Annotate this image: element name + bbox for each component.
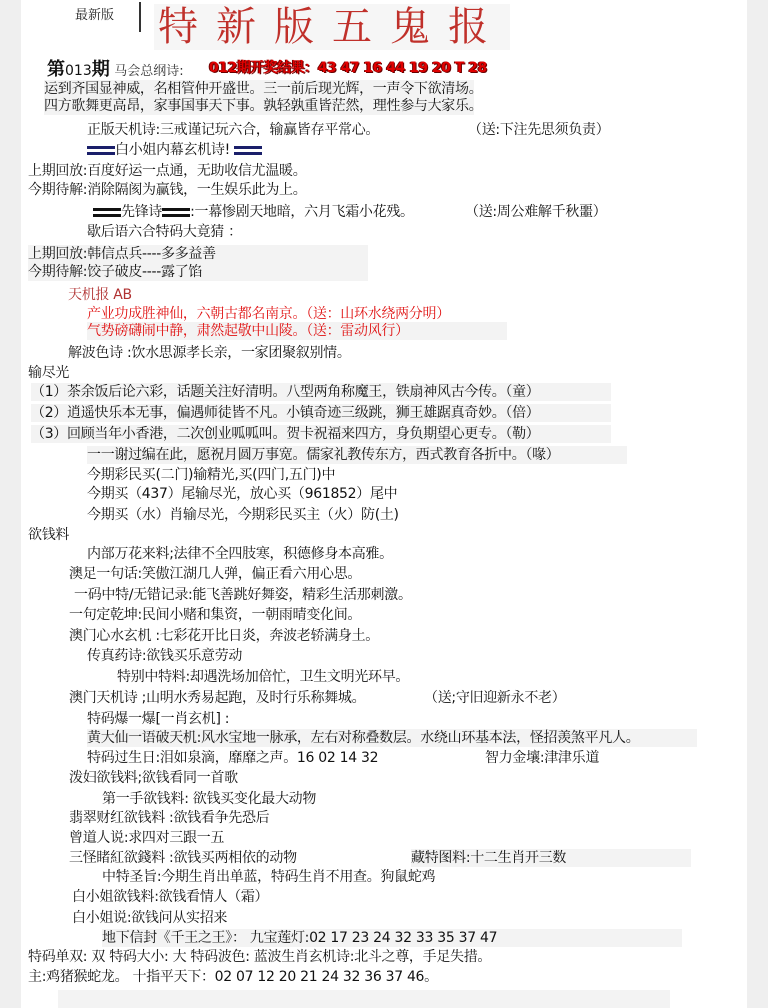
yq-text: :七彩花开比日炎，奔波老轿满身土。	[151, 628, 379, 644]
zhengban-gift: （送:下注先思须负责）	[468, 121, 609, 139]
yq-row-8: 特码爆一爆[一肖玄机] :	[87, 710, 229, 728]
double-bar-icon	[234, 146, 262, 155]
shujinguang-thanks: 一一谢过编在此，愿祝月圆万事宽。儒家礼教传东方，西式教育各折中。（喙）	[87, 446, 627, 464]
yq-text: :欲钱看争先恐后	[165, 810, 269, 826]
xiehouyu-title: 歇后语六合特码大竟猜 ：	[87, 223, 242, 241]
jiebose-text: 饮水思源孝长亲，一家团聚叙别情。	[131, 345, 350, 361]
yq-label: 黄大仙一语破天机	[87, 730, 197, 746]
yq-label: 地下信封《千王之王》	[102, 930, 232, 946]
last-draw-result: 012期开奖结果：43 47 16 44 19 20 T 28	[209, 57, 487, 77]
yq-label: 翡翠财红欲钱料	[69, 810, 165, 826]
yq-text: : 欲钱买变化最大动物	[184, 791, 316, 807]
yq-row-1: 澳足一句话:笑傲江湖几人弹，偏正看六用心思。	[69, 565, 361, 583]
yq-row-2: 一码中特/无错记录:能飞善跳好舞姿，精彩生活那刺激。	[74, 586, 412, 604]
yuqianliao-title: 欲钱料	[28, 526, 69, 544]
yq-row-4: 澳门心水玄机 :七彩花开比日炎，奔波老轿满身土。	[69, 627, 379, 645]
double-bar-icon	[162, 208, 190, 217]
issue-prefix: 第	[47, 59, 65, 80]
yq-row-17: 白小姐欲钱料:欲钱看情人（霜）	[72, 888, 268, 906]
review-last: 上期回放:百度好运一点通，无助收信尤温暖。	[28, 162, 306, 180]
jiebose-label: 解波色诗 :	[68, 345, 131, 361]
edition-label: 最新版	[75, 4, 114, 23]
xiehouyu-last-label: 上期回放:	[28, 246, 87, 262]
yq-extra-label: 藏特图料	[411, 850, 466, 866]
zhengban-label: 正版天机诗:	[87, 122, 160, 138]
bai-xiaojie-title: 白小姐内幕玄机诗!	[115, 142, 230, 158]
yq-row-14: 曾道人说:求四对三跟一五	[69, 829, 224, 847]
yq-row-18: 白小姐说:欲钱问从实招来	[72, 909, 227, 927]
yq-row-3: 一句定乾坤:民间小赌和集资，一朝雨晴变化间。	[69, 606, 361, 624]
yq-row-5: 传真药诗:欲钱买乐意劳动	[87, 647, 242, 665]
yq-label: 泼妇欲钱料	[69, 770, 138, 786]
yq-label: 特码过生日	[87, 750, 156, 766]
yq-text: :欲钱看情人（霜）	[154, 889, 268, 905]
yq-row-15: 三怪睹紅欲錢料 :欲钱买两相依的动物	[69, 849, 297, 867]
xianfeng-poem: 先锋诗:一幕惨剧天地暗，六月飞霜小花残。	[93, 203, 414, 221]
yq-label: 第一手欲钱料	[102, 791, 184, 807]
xiehouyu-now-label: 今期待解:	[28, 264, 87, 280]
yq-row-15-extra: 藏特图料:十二生肖开三数	[411, 849, 691, 867]
xiehouyu-last-text: 韩信点兵----多多益善	[87, 246, 216, 262]
footer-shade	[58, 990, 670, 1008]
yq-row-6: 特别中特料:却遇洗场加倍忙，卫生文明光环早。	[117, 668, 409, 686]
yq-text: :却遇洗场加倍忙，卫生文明光环早。	[186, 669, 410, 685]
yq-text: :笑傲江湖几人弹，偏正看六用心思。	[138, 566, 362, 582]
yq-label: 内部万花来料	[87, 546, 169, 562]
yq-label: 澳门心水玄机	[69, 628, 151, 644]
yq-row-10: 特码过生日:泪如泉滴，靡靡之声。16 02 14 32	[87, 749, 378, 767]
yq-text: :欲钱问从实招来	[127, 910, 227, 926]
page-title: 特新版五鬼报	[154, 4, 510, 50]
review-now-label: 今期待解:	[28, 182, 87, 198]
xiehouyu-now-text: 饺子破皮----露了馅	[87, 264, 202, 280]
shujinguang-item-2: （2）逍遥快乐本无事，偏遇师徒皆不凡。小镇奇迹三级跳，狮王雄踞真奇妙。（倍）	[31, 404, 611, 422]
yq-row-7: 澳门天机诗 ;山明水秀易起跑，及时行乐称舞城。	[69, 689, 365, 707]
yq-text: :能飞善跳好舞姿，精彩生活那刺激。	[188, 587, 412, 603]
yq-text: :泪如泉滴，靡靡之声。16 02 14 32	[156, 750, 379, 766]
yq-row-0: 内部万花来料;法律不全四肢寒，积德修身本高雅。	[87, 545, 393, 563]
review-now: 今期待解:消除隔阂为赢钱，一生娱乐此为上。	[28, 181, 306, 199]
footer-line-2: 主:鸡猪猴蛇龙。 十指平天下：02 07 12 20 21 24 32 36 3…	[28, 968, 438, 986]
tianjibao-line-1: 产业功成胜神仙，六朝古都名南京。（送：山环水绕两分明）	[87, 305, 450, 323]
newspaper-page: 最新版 特新版五鬼报 第013期 马会总纲诗: 012期开奖结果：43 47 1…	[21, 0, 747, 1008]
yq-text: :风水宝地一脉承，左右对称叠数层。水绕山环基本法，怪招羡煞平凡人。	[197, 730, 640, 746]
yq-row-12: 第一手欲钱料: 欲钱买变化最大动物	[102, 790, 316, 808]
yq-row-7-gift: （送;守旧迎新永不老）	[424, 689, 565, 707]
yq-label: 传真药诗	[87, 648, 142, 664]
review-last-text: 百度好运一点通，无助收信尤温暖。	[87, 163, 306, 179]
yq-extra-text: :十二生肖开三数	[466, 850, 566, 866]
shujinguang-item-1: （1）茶余饭后论六彩，话题关注好清明。八型两角称魔王，铁扇神风古今传。（童）	[31, 383, 611, 401]
poem-label: 马会总纲诗:	[114, 64, 183, 79]
poem-line-1: 运到齐国显神威，名相管仲开盛世。三一前后现光辉，一声令下欲清场。	[44, 80, 474, 98]
xiehouyu-last: 上期回放:韩信点兵----多多益善	[28, 245, 368, 263]
tianjibao-line-2: 气势磅礴闹中静，肃然起敬中山陵。（送：雷动风行）	[87, 322, 507, 340]
double-bar-icon	[87, 146, 115, 155]
yq-text: ;山明水秀易起跑，及时行乐称舞城。	[138, 690, 366, 706]
yq-label: 白小姐说	[72, 910, 127, 926]
yq-text: :民间小赌和集资，一朝雨晴变化间。	[138, 607, 362, 623]
yq-text: ;欲钱看同一首歌	[138, 770, 238, 786]
shujinguang-title: 输尽光	[28, 364, 69, 382]
buy-line-1: 今期彩民买(二门)输精光,买(四门,五门)中	[87, 466, 335, 484]
yq-label: 澳门天机诗	[69, 690, 138, 706]
review-last-label: 上期回放:	[28, 163, 87, 179]
yq-label: 三怪睹紅欲錢料	[69, 850, 165, 866]
yq-label: 曾道人说	[69, 830, 124, 846]
zhengban-text: 三戒谨记玩六合，输赢皆存平常心。	[160, 122, 379, 138]
issue-suffix: 期	[92, 59, 110, 80]
issue-number: 013	[65, 63, 92, 79]
yq-extra-text: :津津乐道	[540, 750, 599, 766]
header-divider	[139, 2, 141, 32]
yq-label: 一句定乾坤	[69, 607, 138, 623]
yq-extra-label: 智力金壤	[485, 750, 540, 766]
yq-text: ： 九宝莲灯:02 17 23 24 32 33 35 37 47	[232, 930, 497, 946]
double-bar-icon	[93, 208, 121, 217]
xianfeng-text: :一幕惨剧天地暗，六月飞霜小花残。	[190, 204, 414, 220]
review-now-text: 消除隔阂为赢钱，一生娱乐此为上。	[87, 182, 306, 198]
yq-row-10-extra: 智力金壤:津津乐道	[485, 749, 599, 767]
yq-label: 一码中特/无错记录	[74, 587, 188, 603]
yq-text: :欲钱买两相依的动物	[165, 850, 297, 866]
jiebose-poem: 解波色诗 :饮水思源孝长亲，一家团聚叙别情。	[68, 344, 351, 362]
buy-line-3: 今期买（水）肖输尽光，今期彩民买主（火）防(土)	[87, 506, 399, 524]
yq-text: ;法律不全四肢寒，积德修身本高雅。	[169, 546, 393, 562]
zhengban-poem: 正版天机诗:三戒谨记玩六合，输赢皆存平常心。	[87, 121, 379, 139]
yq-text: :欲钱买乐意劳动	[142, 648, 242, 664]
yq-row-9: 黄大仙一语破天机:风水宝地一脉承，左右对称叠数层。水绕山环基本法，怪招羡煞平凡人…	[87, 729, 697, 747]
bai-xiaojie-heading: 白小姐内幕玄机诗!	[87, 141, 262, 159]
yq-label: 澳足一句话	[69, 566, 138, 582]
shujinguang-item-3: （3）回顾当年小香港，二次创业呱呱叫。贺卡祝福来四方，身负期望心更专。（勒）	[31, 425, 611, 443]
xiehouyu-now: 今期待解:饺子破皮----露了馅	[28, 263, 368, 281]
yq-row-11: 泼妇欲钱料;欲钱看同一首歌	[69, 769, 238, 787]
yq-label: 白小姐欲钱料	[72, 889, 154, 905]
yq-text: :今期生肖出单蓝，特码生肖不用查。狗鼠蛇鸡	[157, 869, 435, 885]
xianfeng-gift: （送:周公难解千秋噩）	[465, 203, 606, 221]
yq-label: 中特圣旨	[102, 869, 157, 885]
buy-line-2: 今期买（437）尾输尽光，放心买（961852）尾中	[87, 485, 397, 503]
footer-line-1: 特码单双: 双 特码大小: 大 特码波色: 蓝波生肖玄机诗:北斗之尊，手足失措。	[28, 948, 491, 966]
poem-line-2: 四方歌舞更高昂，家事国事天下事。孰轻孰重皆茫然，理性参与大家乐。	[44, 97, 474, 115]
yq-row-16: 中特圣旨:今期生肖出单蓝，特码生肖不用查。狗鼠蛇鸡	[102, 868, 435, 886]
yq-row-13: 翡翠财红欲钱料 :欲钱看争先恐后	[69, 809, 269, 827]
yq-label: 特别中特料	[117, 669, 186, 685]
yq-row-19: 地下信封《千王之王》： 九宝莲灯:02 17 23 24 32 33 35 37…	[102, 929, 682, 947]
yq-text: :求四对三跟一五	[124, 830, 224, 846]
yq-text: :	[221, 711, 230, 727]
tianjibao-title: 天机报 AB	[68, 286, 132, 304]
yq-label: 特码爆一爆[一肖玄机]	[87, 711, 221, 727]
issue-line: 第013期 马会总纲诗:	[47, 60, 184, 82]
xianfeng-label: 先锋诗	[121, 204, 162, 220]
